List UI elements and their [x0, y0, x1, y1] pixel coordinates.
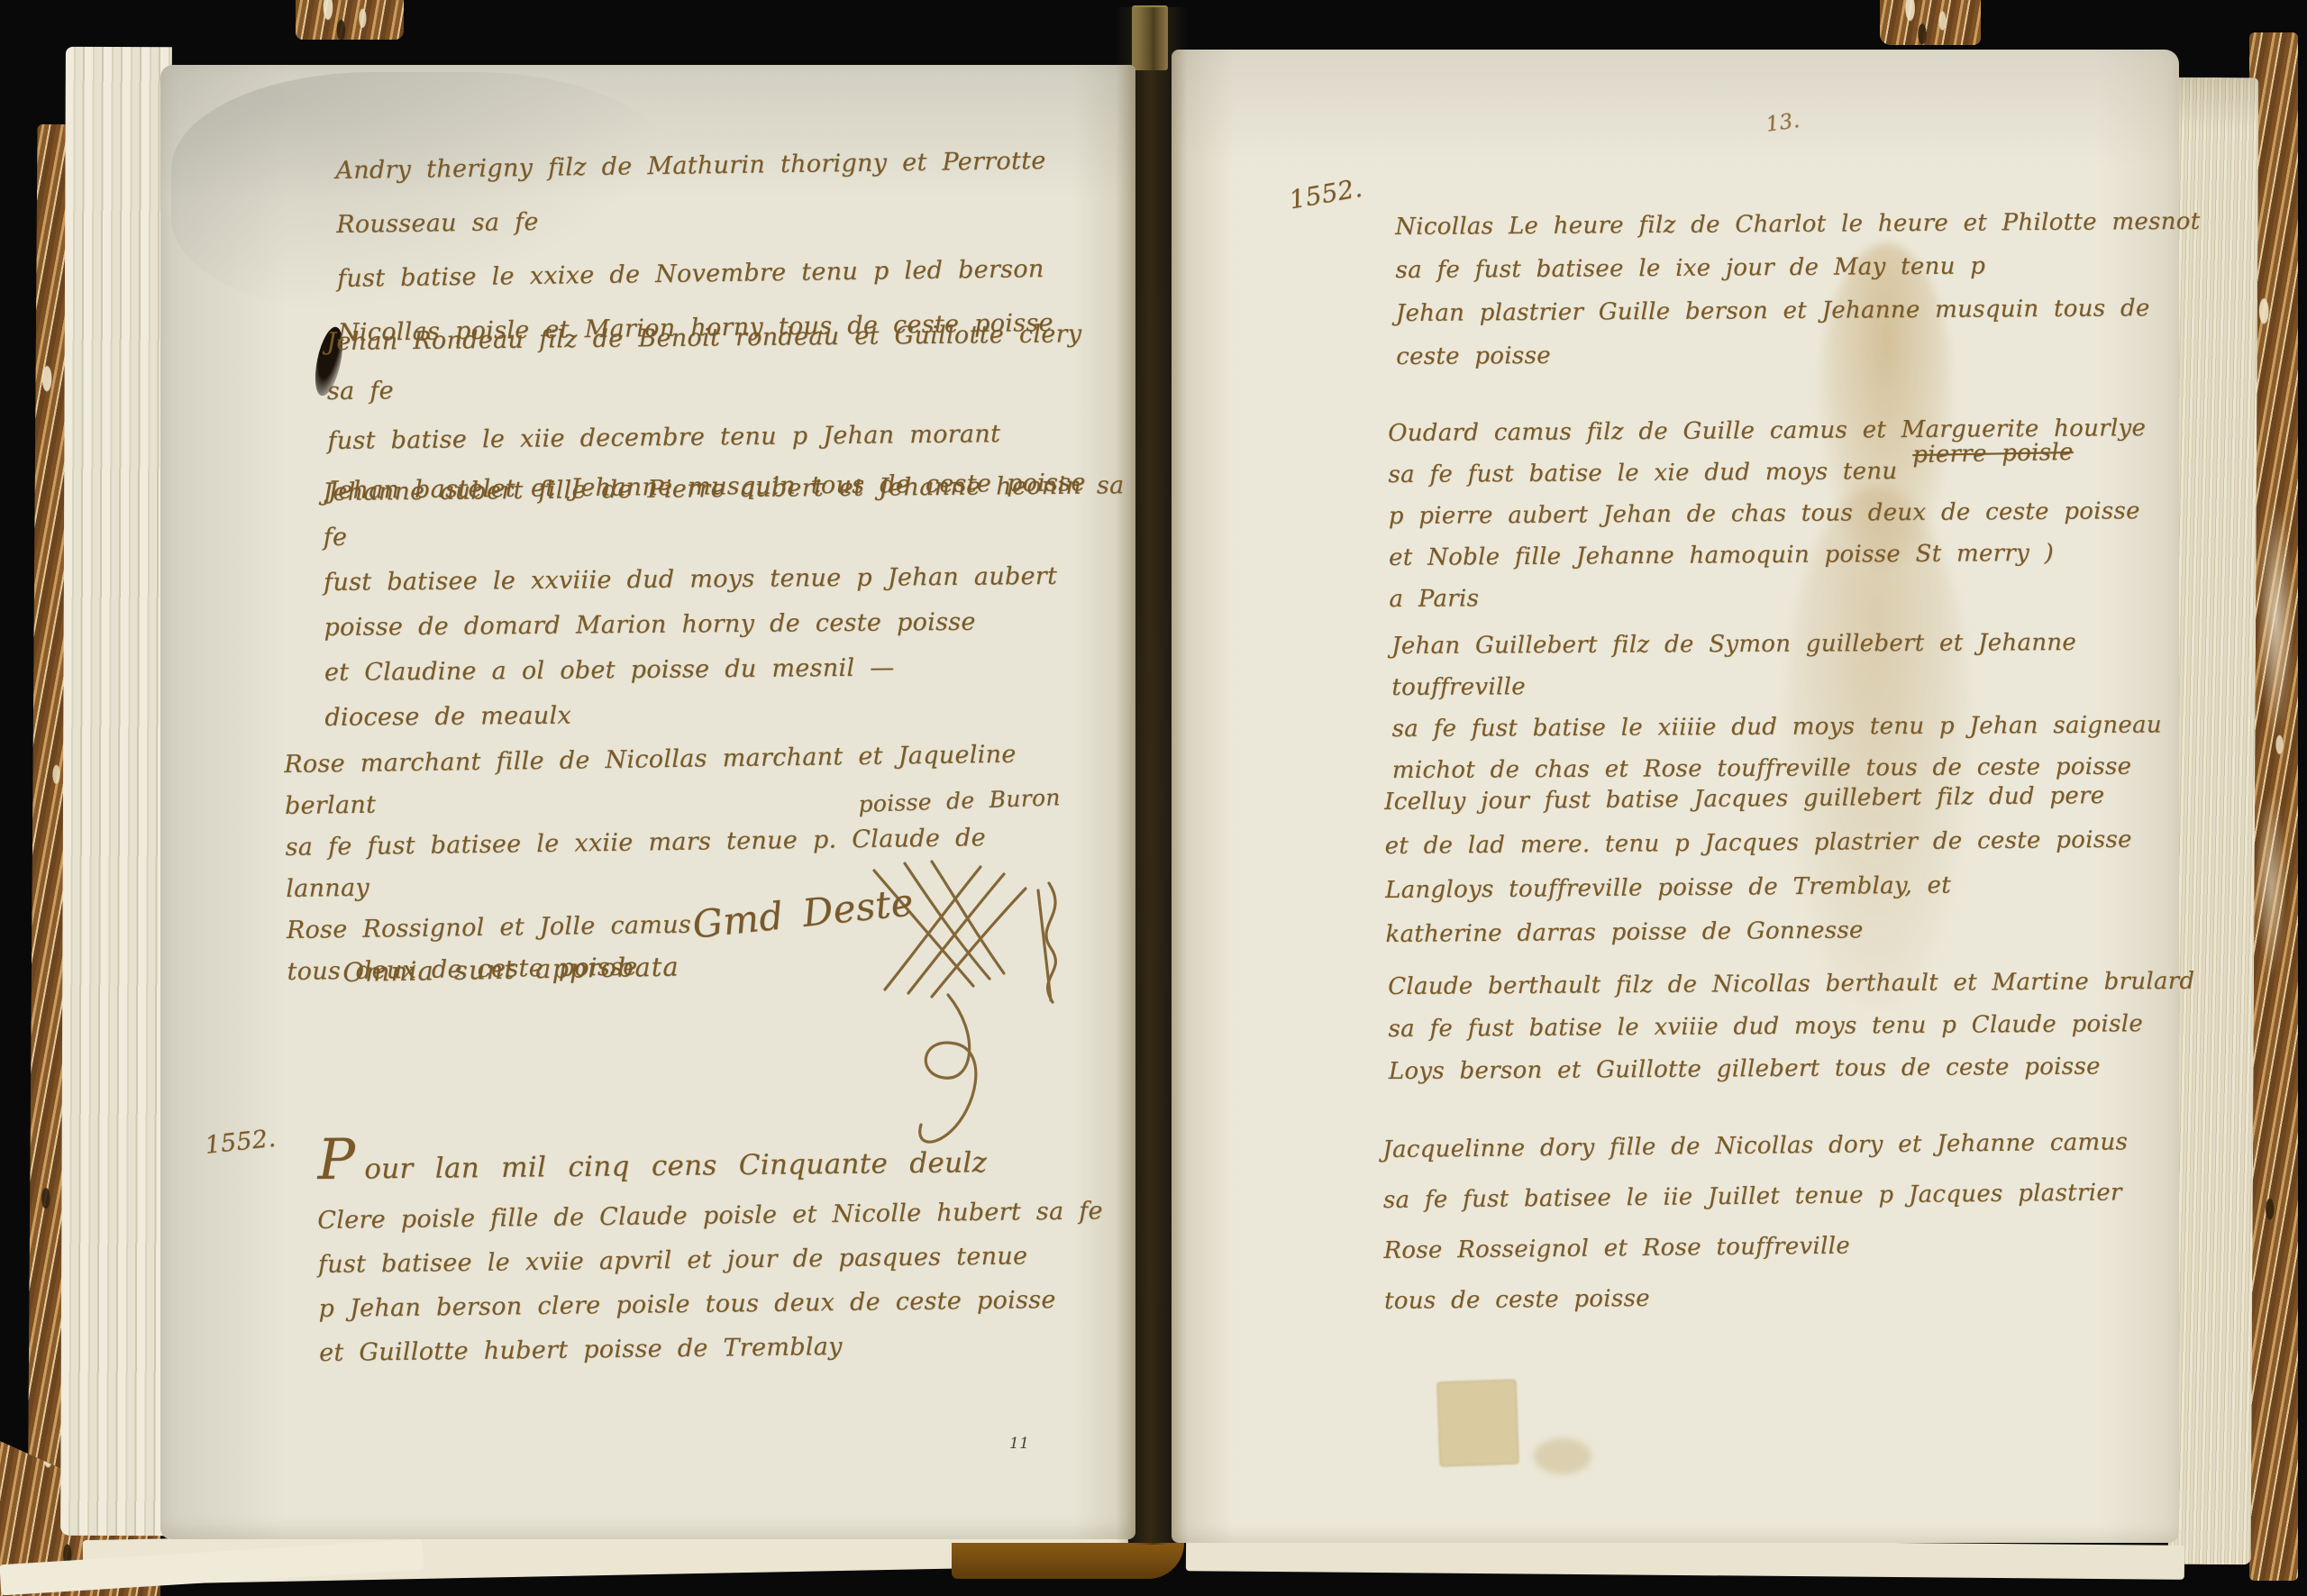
- page-edges-left: [60, 47, 172, 1536]
- folio-number-left: 11: [1009, 1435, 1029, 1453]
- baptism-entry: Clere poisle fille de Claude poisle et N…: [317, 1189, 1130, 1375]
- year-heading: Pour lan mil cinq cens Cinquante deulz: [317, 1119, 1039, 1192]
- struck-through-text: pierre poisle: [1912, 439, 2074, 469]
- approbation-note: Omnia sunt approbata: [342, 951, 679, 988]
- marbled-cover-top-right-corner: [1880, 0, 1981, 45]
- baptism-entry: Jacquelinne dory fille de Nicollas dory …: [1382, 1116, 2213, 1327]
- manuscript-photo: Andry therigny filz de Mathurin thorigny…: [0, 0, 2307, 1596]
- baptism-entry: Icelluy jour fust batise Jacques guilleb…: [1384, 773, 2224, 957]
- page-number-right: 13.: [1764, 109, 1801, 137]
- bottom-page-edge-right: [1186, 1537, 2184, 1580]
- baptism-entry: Jehan Guillebert filz de Symon guilleber…: [1391, 621, 2221, 791]
- leather-spine-bottom: [952, 1543, 1184, 1579]
- marbled-cover-top-left-corner: [296, 0, 404, 40]
- baptism-entry: Claude berthault filz de Nicollas bertha…: [1388, 961, 2218, 1093]
- baptism-entry: Oudard camus filz de Guille camus et Mar…: [1388, 407, 2219, 620]
- baptism-entry: Jehanne aubert fille de Pierre aubert et…: [323, 463, 1136, 741]
- baptism-entry: Nicollas Le heure filz de Charlot le heu…: [1395, 200, 2207, 378]
- signature-flourish: [822, 858, 1092, 1164]
